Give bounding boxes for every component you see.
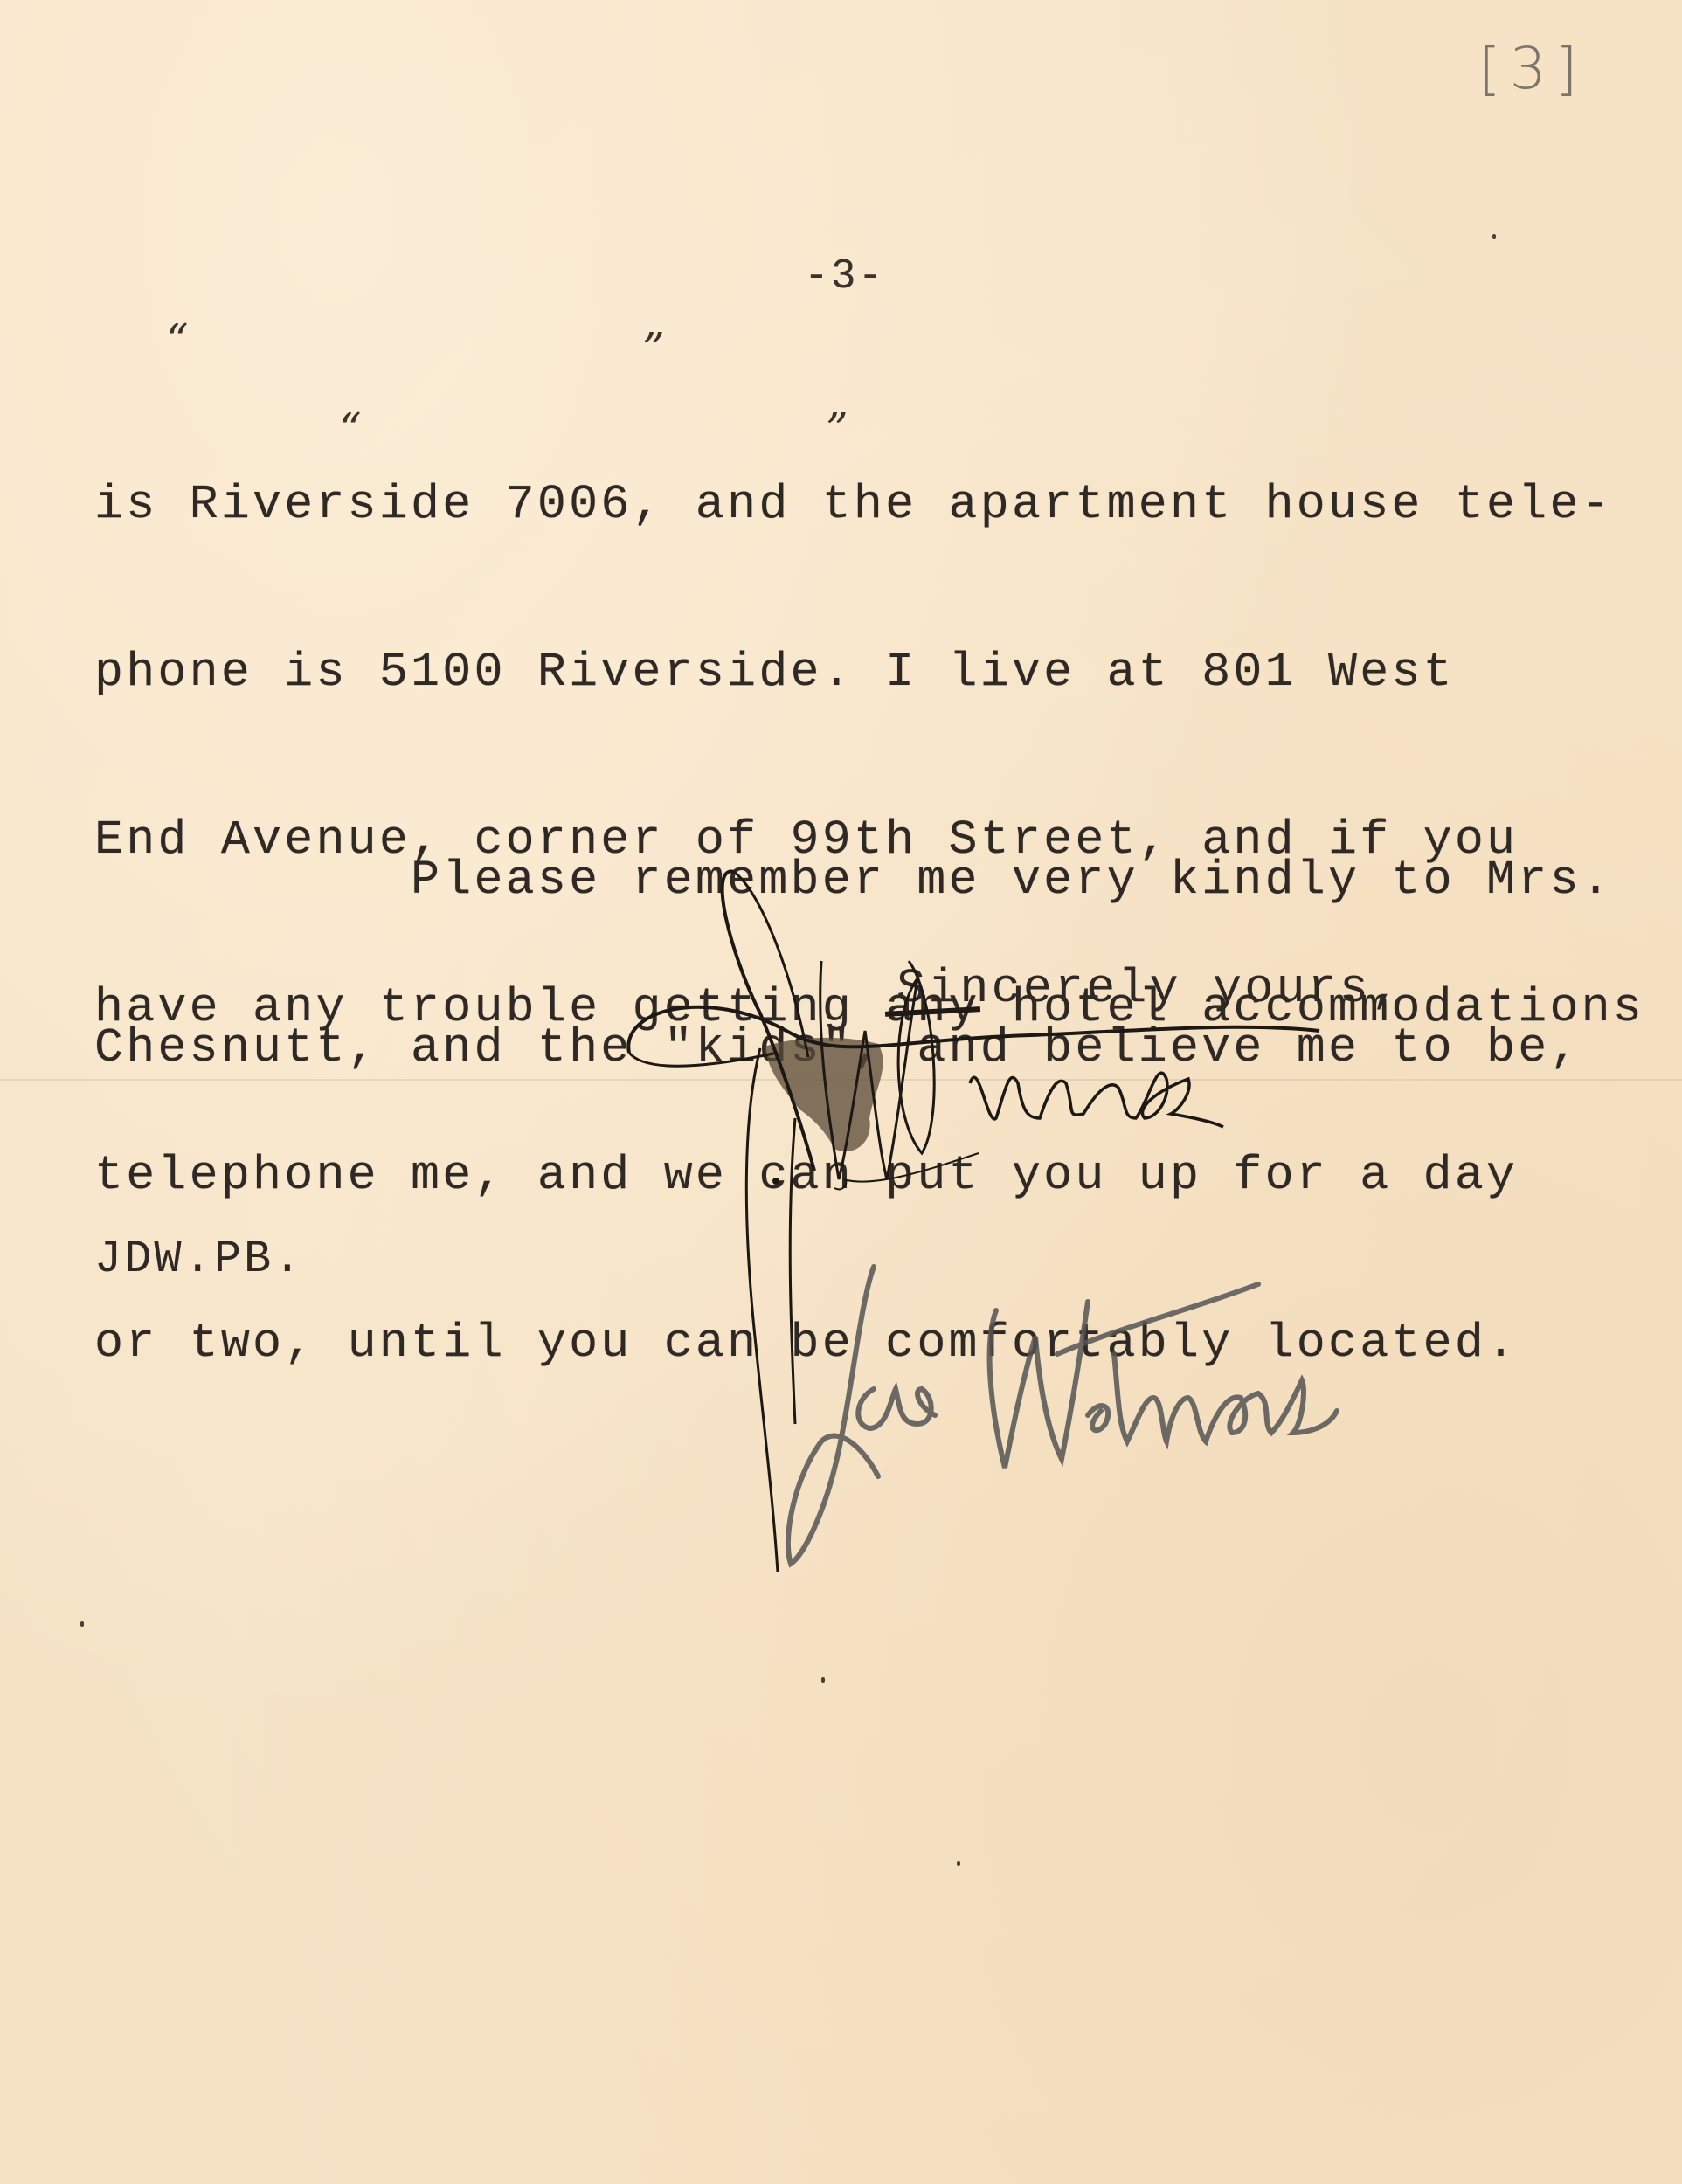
handwritten-open-quote-1: “ (166, 314, 189, 365)
reference-initials: JDW.PB. (94, 1234, 303, 1285)
paper-speck (80, 1621, 84, 1627)
body-line: phone is 5100 Riverside. I live at 801 W… (94, 645, 1644, 701)
paper-speck (821, 1677, 825, 1683)
archive-page-mark: [3] (1478, 35, 1587, 102)
paper-speck (1492, 234, 1496, 239)
page-number: -3- (804, 253, 884, 301)
paper-speck (957, 1861, 960, 1866)
letter-page: [3] -3- “ ” “ ” is Riverside 7006, and t… (0, 0, 1682, 2184)
pencil-signature: Jas Wetmore (769, 1249, 1485, 1581)
body-line: is Riverside 7006, and the apartment hou… (94, 477, 1644, 533)
